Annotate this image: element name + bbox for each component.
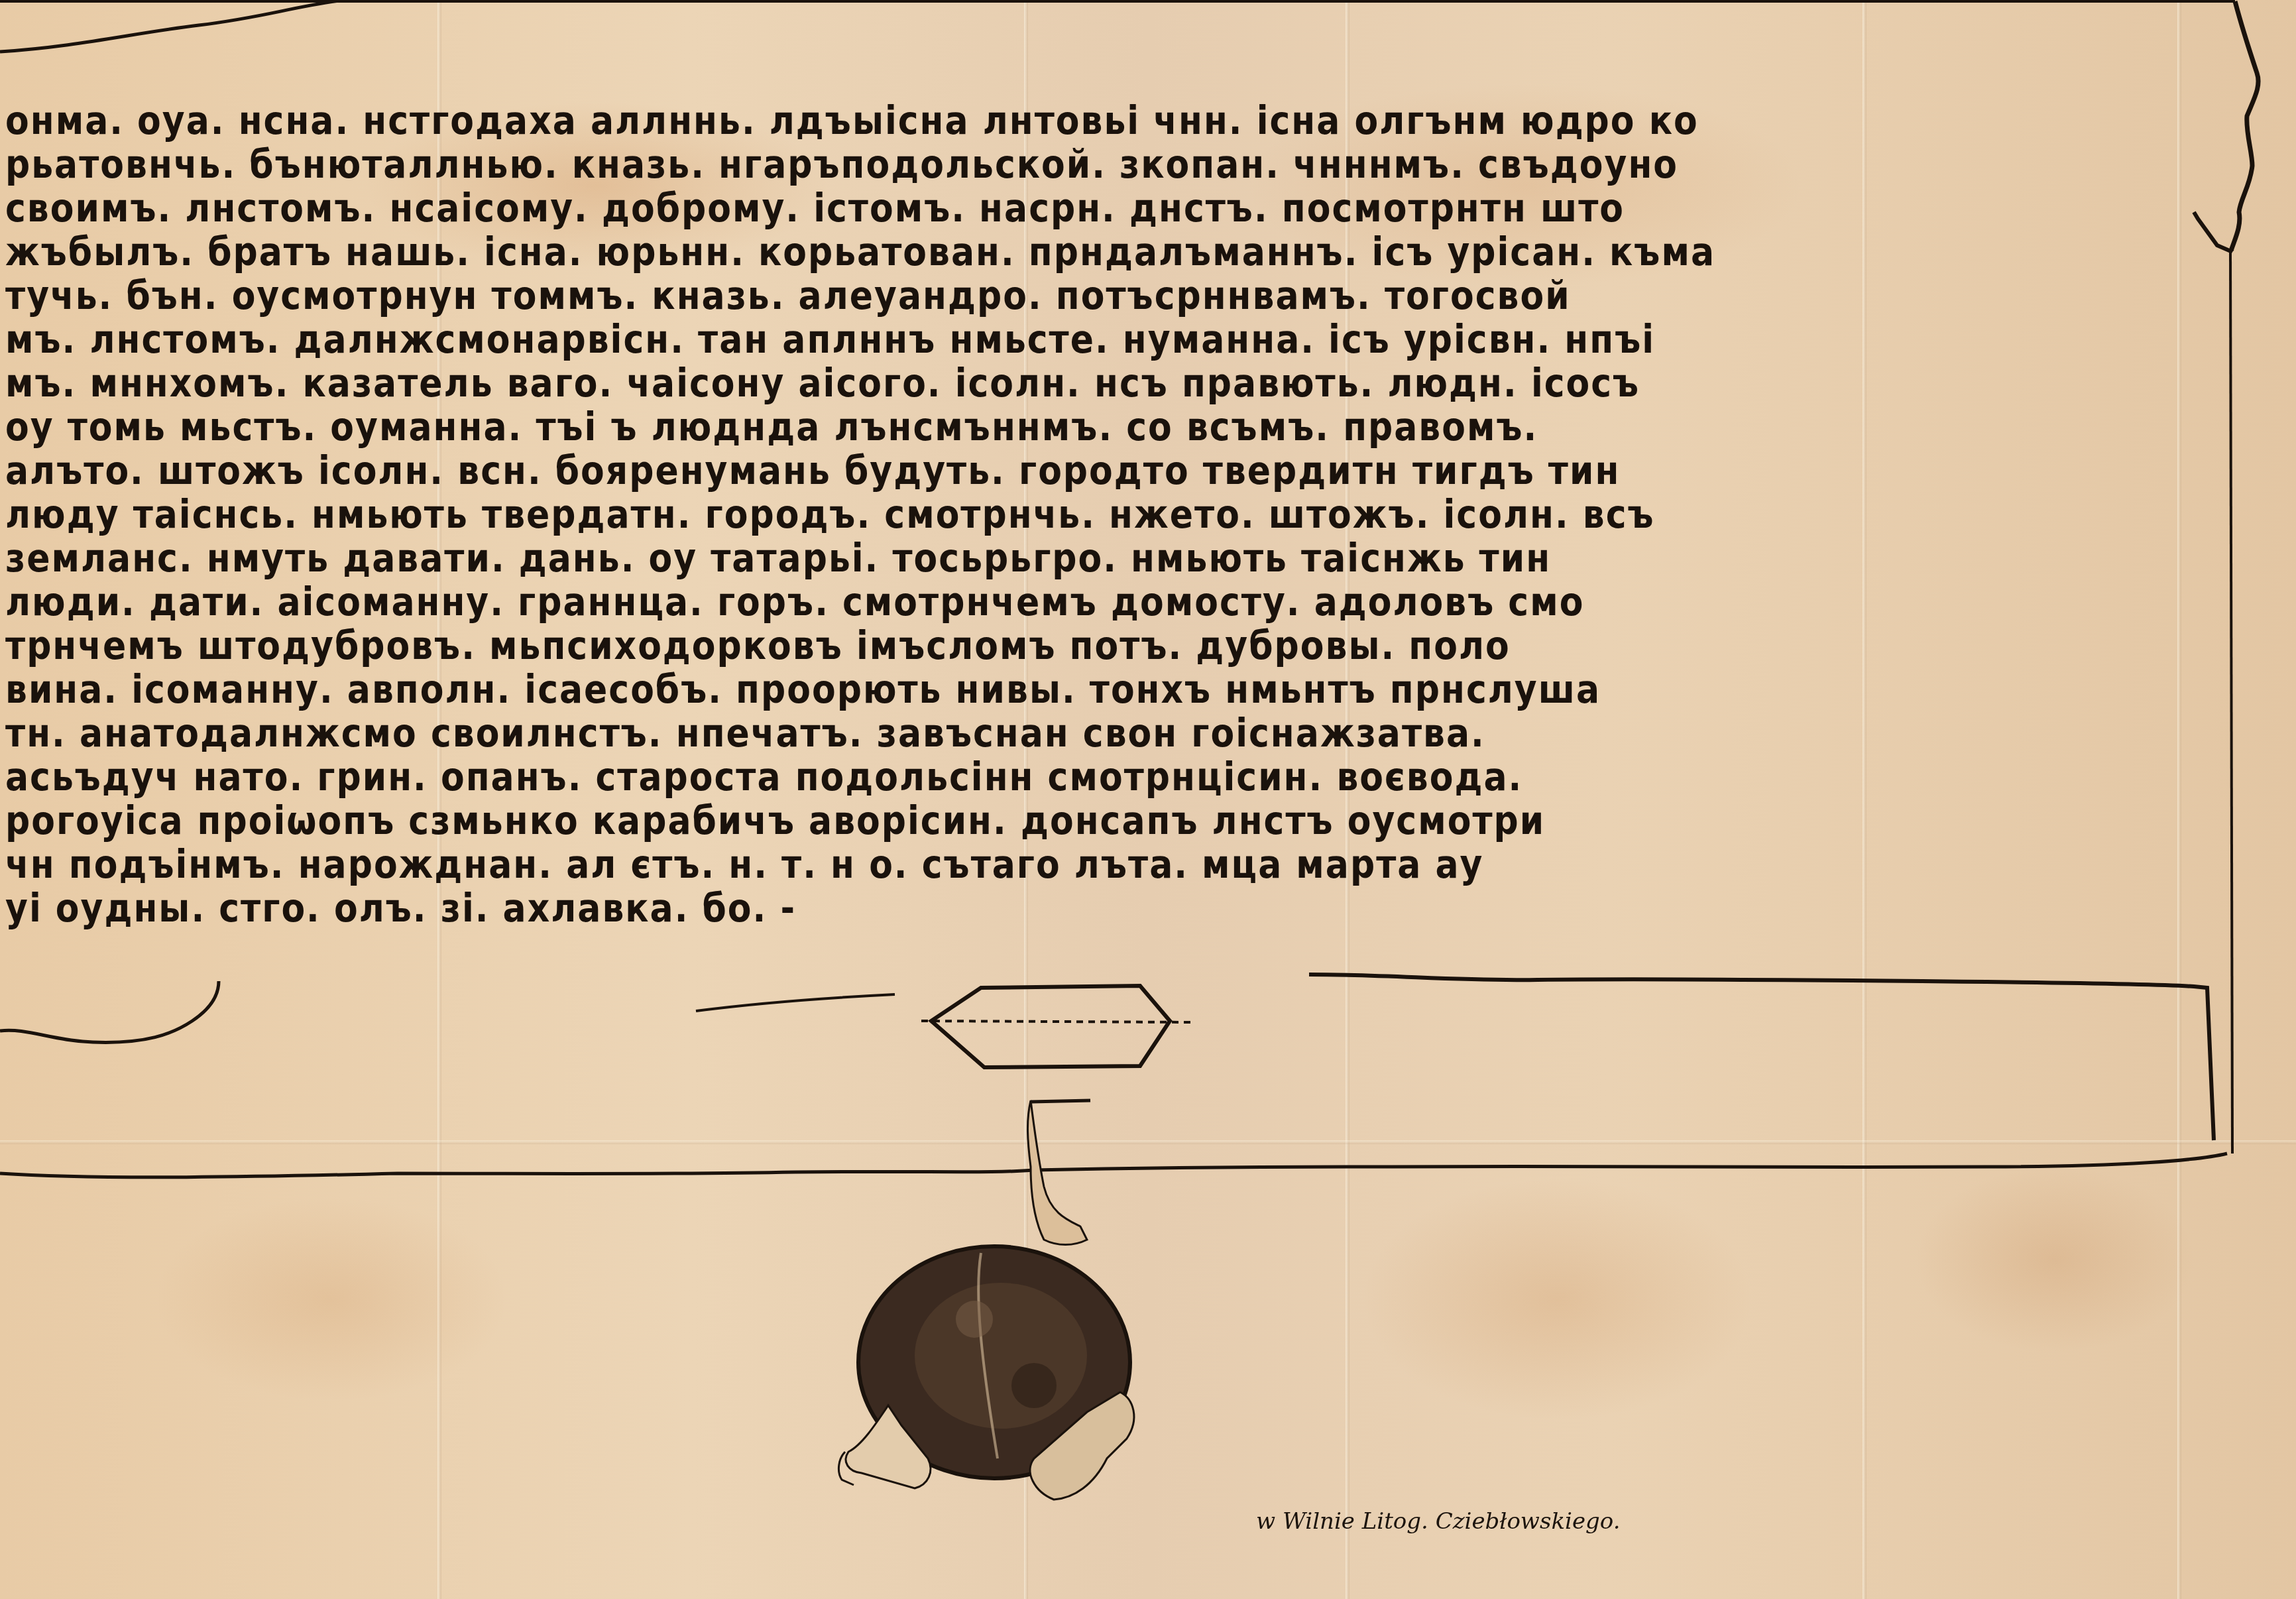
text-line: тучь. бън. оусмотрнун томмъ. кназь. алеу… bbox=[5, 272, 2212, 321]
frame-right bbox=[2230, 252, 2232, 1154]
lithographer-imprint: w Wilnie Litog. Cziebłowskiego. bbox=[1256, 1508, 1620, 1535]
text-line: люди. дати. аісоманну. граннца. горъ. см… bbox=[5, 578, 2212, 627]
text-line: люду таіснсь. нмьють твердатн. городъ. с… bbox=[5, 491, 2212, 540]
text-line: рогоуіса проіѡопъ сзмьнко карабичъ аворі… bbox=[5, 797, 2212, 846]
text-line: вина. ісоманну. авполн. ісаесобъ. проорю… bbox=[5, 666, 2212, 715]
text-line: уі оудны. стго. олъ. зі. ахлавка. бо. - bbox=[5, 884, 2212, 933]
flap-edge-right bbox=[1309, 975, 2214, 1140]
hexagon-fold-cut bbox=[921, 986, 1193, 1067]
text-line: своимъ. лнстомъ. нсаісому. доброму. істо… bbox=[5, 184, 2212, 233]
text-line: асьъдуч нато. грин. опанъ. староста подо… bbox=[5, 753, 2212, 802]
text-line: алъто. штожъ ісолн. всн. бояренумань буд… bbox=[5, 447, 2212, 496]
text-line: мъ. лнстомъ. далнжсмонарвісн. тан аплннъ… bbox=[5, 316, 2212, 365]
seal-flap-line bbox=[0, 1154, 2227, 1177]
text-line: мъ. мннхомъ. казатель ваго. чаісону аісо… bbox=[5, 359, 2212, 408]
text-line: рьатовнчь. бънюталлнью. кназь. нгаръподо… bbox=[5, 141, 2212, 190]
text-line: онма. оуа. нсна. нстгодаха аллннь. лдъыі… bbox=[5, 97, 2212, 146]
text-line: трнчемъ штодубровъ. мьпсиходорковъ імъсл… bbox=[5, 622, 2212, 671]
text-line: оу томь мьстъ. оуманна. тъі ъ люднда лън… bbox=[5, 403, 2212, 452]
seal-ribbon bbox=[1027, 1100, 1090, 1245]
flap-edge-left bbox=[0, 981, 219, 1042]
text-line: земланс. нмуть давати. дань. оу татарьі.… bbox=[5, 534, 2212, 583]
text-line: жъбылъ. братъ нашь. існа. юрьнн. корьато… bbox=[5, 228, 2212, 277]
charter-text: онма. оуа. нсна. нстгодаха аллннь. лдъыі… bbox=[5, 99, 2212, 931]
edge-line bbox=[0, 0, 345, 52]
text-line: чн подъінмъ. нарожднан. ал єтъ. н. т. н … bbox=[5, 841, 2212, 890]
right-border bbox=[2231, 1, 2258, 252]
text-line: тн. анатодалнжсмо своилнстъ. нпечатъ. за… bbox=[5, 709, 2212, 758]
